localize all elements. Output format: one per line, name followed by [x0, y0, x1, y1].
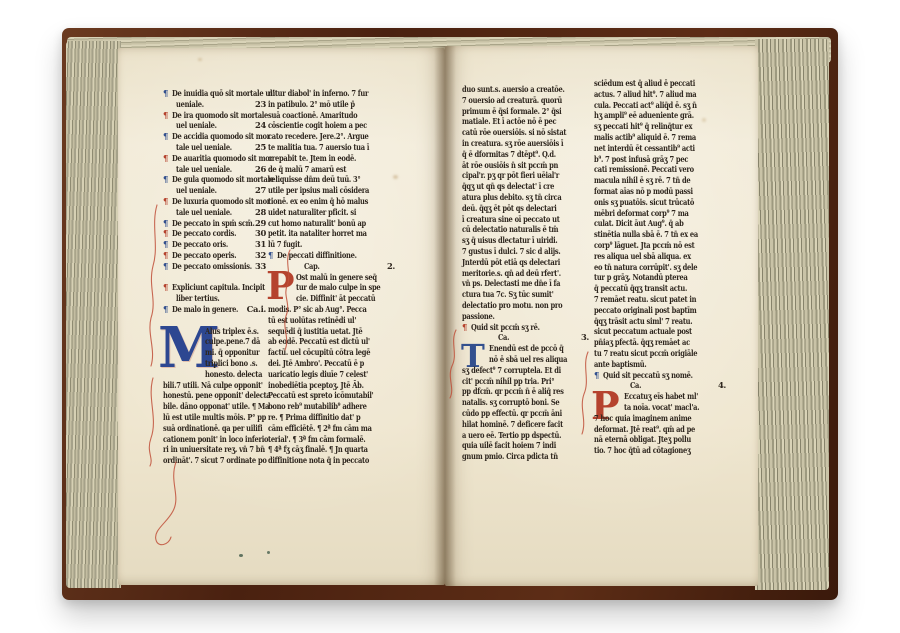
paraph-mark: ¶	[163, 304, 172, 315]
line-text: uidet naturaliter pficit. si	[268, 207, 356, 218]
paraph-mark: ¶	[163, 110, 172, 121]
line-text: inobediētia pceptoʒ. Jtē Āb.	[268, 380, 364, 391]
line-text: tale uel ueniale.	[176, 207, 232, 218]
right-page: T duo sunt.s. auersio a creatōe.7 ouersi…	[445, 46, 758, 586]
line-text: malis actib⁹ aliquid ē. 7 rema	[594, 132, 696, 143]
paraph-mark: ¶	[163, 228, 172, 239]
line-text: honestū. pene opponit' delecta	[163, 390, 270, 401]
text-line: ab eodē. Peccatū est dictū ul'	[268, 336, 396, 347]
line-text: sicut peccatum actuale post	[594, 326, 692, 337]
line-text: 7 hoc quia imaginem anime	[594, 413, 691, 424]
line-text: Ca.	[498, 332, 509, 343]
line-text: Quid sit peccatū sʒ nomē.	[603, 370, 693, 381]
right-column-2: P sciēdum est q̄ aliud ē peccatiactus. 7…	[594, 78, 727, 456]
text-line: nitur diabol' in inferno. 7 fur	[268, 88, 396, 99]
line-text: Alus triplex ē.s.	[205, 326, 259, 337]
line-text: modis. P° sic ab Aug°. Pecca	[268, 304, 367, 315]
line-text: reliquisse dn̄m deū tuū. 3°	[268, 174, 360, 185]
text-line: uaricatio legis diuīe 7 celest'	[268, 369, 396, 380]
line-text: utile per ipsius mali cōsidera	[268, 185, 369, 196]
line-text: meritorie.s. qn̄ ad deū rfert'.	[462, 268, 561, 279]
text-line: hʒ ampli⁹ eē adueniente grā.	[594, 110, 727, 121]
line-text: ¶ 4ª fʒ cāʒ finalē. ¶ Jn quarta	[268, 444, 368, 455]
line-text: de q̄ malū 7 amarū est	[268, 164, 346, 175]
line-text: passione.	[462, 311, 495, 322]
left-column-1: M ¶De inuidia quō sit mortale ul'ueniale…	[163, 88, 267, 466]
line-text: nō ē sbā uel res aliqua	[489, 354, 567, 365]
text-line: tū est uolūtas retinēdi ul'	[268, 315, 396, 326]
line-text: cut homo naturalit' bonū ap	[268, 218, 366, 229]
text-line: cationem ponit' in loco inferio	[163, 434, 267, 445]
foxing-stain	[198, 58, 202, 61]
line-text: deū. q̄qʒ ēt pōt qs delectari	[462, 203, 557, 214]
line-text: q̄qʒ ut qn̄ qs delectat' ī cre	[462, 181, 554, 192]
paraph-mark: ¶	[163, 282, 172, 293]
text-line: cū delectatio naturalis ē tm̄	[462, 224, 590, 235]
line-text: De auaritia quomodo sit mor	[172, 153, 273, 164]
line-text: b⁹. 7 post infusā grāʒ 7 pec	[594, 154, 688, 165]
line-text: a uero eē. Tertio pp dspectū.	[462, 430, 561, 441]
text-line: nō ē sbā uel res aliqua	[462, 354, 590, 365]
line-text: tio. 7 hoc q̄tū ad cōtagioneʒ	[594, 445, 691, 456]
line-text: lū 7 fugit.	[268, 239, 302, 250]
text-line: hilat hominē. 7 deficere facit	[462, 419, 590, 430]
line-text: stinētia nulla sbā ē. 7 tn̄ ex ea	[594, 229, 698, 240]
text-line: cie. Diffinit' āt peccatū	[268, 293, 396, 304]
text-line: ¶ 4ª fʒ cāʒ finalē. ¶ Jn quarta	[268, 444, 396, 455]
text-line: cām efficiētē. ¶ 2ª fm cām ma	[268, 423, 396, 434]
line-text: suā coactionē. Amaritudo	[268, 110, 357, 121]
text-line: culpe.pene.7 dā	[163, 336, 267, 347]
line-text: Enendū est de pccō q̄	[489, 343, 563, 354]
line-text: Eccatuʒ eīs habet ml'	[624, 391, 698, 402]
line-text: onis sʒ puatōis. sicut trūcatō	[594, 197, 694, 208]
line-text: cit' pccm̄ nihil pp tria. Pri°	[462, 376, 554, 387]
text-line: cipal'r. pʒ qr pōt fieri uēial'r	[462, 170, 590, 181]
text-line: passione.	[462, 311, 590, 322]
foxing-stain	[393, 175, 398, 179]
text-line: Jnterdū pōt etiā qs delectari	[462, 257, 590, 268]
text-line: tale uel ueniale.26	[163, 164, 267, 175]
line-text: cūdo pp effectū. qr pccm̄ āni	[462, 408, 562, 419]
line-text: cū delectatio naturalis ē tm̄	[462, 224, 558, 235]
chapter-number: 32	[255, 250, 266, 261]
line-text: quia uilē facit hoiem 7 indi	[462, 440, 556, 451]
left-page: M ¶De inuidia quō sit mortale ul'ueniale…	[118, 48, 445, 585]
text-line: Ost malū in genere seq̄	[268, 272, 396, 283]
line-text: tū est uolūtas retinēdi ul'	[268, 315, 356, 326]
text-line: tio. 7 hoc q̄tū ad cōtagioneʒ	[594, 445, 727, 456]
text-line: sequēdi q̄ iustitia uetat. Jtē	[268, 326, 396, 337]
text-line: q̄qʒ ut qn̄ qs delectat' ī cre	[462, 181, 590, 192]
line-text: sʒ defect⁹ 7 corruptela. Et di	[462, 365, 561, 376]
text-line: tur de malo culpe in spe	[268, 282, 396, 293]
line-text: De peccato omissionis.	[172, 261, 252, 272]
line-text: mēbri deformat corp⁹ 7 ma	[594, 208, 689, 219]
line-text: petit. ita nataliter horret ma	[268, 228, 367, 239]
paraph-mark: ¶	[268, 250, 277, 261]
text-line: ¶De ira quomodo sit mortale	[163, 110, 267, 121]
line-text: De peccato in spm̄ scm̄.	[172, 218, 255, 229]
line-text: Ost malū in genere seq̄	[296, 272, 377, 283]
text-line: pn̄iaʒ pfectā. q̄qʒ remāet ac	[594, 337, 727, 348]
text-line: delectatio pro motu. non pro	[462, 300, 590, 311]
line-text: tale uel ueniale.	[176, 142, 232, 153]
text-line: ta noīa. vocat' macl'a.	[594, 402, 727, 413]
chapter-number: 2.	[387, 261, 395, 272]
line-text: tale uel ueniale.	[176, 164, 232, 175]
text-line: duo sunt.s. auersio a creatōe.	[462, 84, 590, 95]
text-line: ¶De peccato operis.32	[163, 250, 267, 261]
line-text: dei. Jtē Ambro'. Peccatū ē p	[268, 358, 364, 369]
text-line: actus. 7 aliud hit⁹. 7 aliud ma	[594, 89, 727, 100]
line-text: peccato originali post baptīm	[594, 305, 696, 316]
paraph-mark: ¶	[163, 250, 172, 261]
text-line: deformat. Jtē reat⁹. qm̄ ad pe	[594, 424, 727, 435]
line-text: bono reb⁹ mutabilib⁹ adhere	[268, 401, 367, 412]
line-text: Peccatū est spreto icōmutabil'	[268, 390, 373, 401]
paraph-mark: ¶	[163, 218, 172, 229]
text-line: bile. dāno opponat' utile. ¶ Ma	[163, 401, 267, 412]
line-text: net interdū ēt cessantib⁹ acti	[594, 143, 695, 154]
text-line: cut homo naturalit' bonū ap	[268, 218, 396, 229]
text-line: cūdo pp effectū. qr pccm̄ āni	[462, 408, 590, 419]
text-line: atura plus debito. sʒ tn̄ circa	[462, 192, 590, 203]
text-line: in creatura. sʒ rōe auersiōis ī	[462, 138, 590, 149]
chapter-number: 26	[255, 164, 266, 175]
line-text: culat. Dicit āut Aug⁹. q̄ ab	[594, 218, 683, 229]
line-text: pn̄iaʒ pfectā. q̄qʒ remāet ac	[594, 337, 690, 348]
line-text: De peccati diffinitione.	[277, 250, 357, 261]
text-line: q̄qʒ trāsit actu siml' 7 reatu.	[594, 316, 727, 327]
text-line: cōscientie cogit hoiem a pec	[268, 120, 396, 131]
line-text: 7 remāet reatu. sicut patet in	[594, 294, 696, 305]
line-text: suā ordinationē. qa per uilifi	[163, 423, 262, 434]
text-line: tale uel ueniale.28	[163, 207, 267, 218]
line-text: res aliqua uel sbā aliqua. ex	[594, 251, 691, 262]
line-text: De peccato oris.	[172, 239, 228, 250]
paraph-mark: ¶	[462, 322, 471, 333]
text-line: ante baptismū.	[594, 359, 727, 370]
text-line: honestū. pene opponit' delecta	[163, 390, 267, 401]
fore-edge-right	[755, 39, 829, 590]
text-line: gnum pmio. Circa pdicta tn̄	[462, 451, 590, 462]
text-line: vn̄ ps. Delectasti me dn̄e ī fa	[462, 278, 590, 289]
text-line: āt rōe ousiōis n̄ sit pccm̄ pn	[462, 160, 590, 171]
text-line: ¶De peccato cordis.30	[163, 228, 267, 239]
text-line: tu 7 reatu sicut pccm̄ origiāle	[594, 348, 727, 359]
line-text: tionē. ex eo enim q̄ hō malus	[268, 196, 368, 207]
text-line: de q̄ malū 7 amarū est	[268, 164, 396, 175]
paraph-mark: ¶	[163, 261, 172, 272]
line-text: liber tertius.	[176, 293, 219, 304]
text-line: cati remissionē. Peccati vero	[594, 164, 727, 175]
chapter-number: 24	[255, 120, 266, 131]
text-line: res aliqua uel sbā aliqua. ex	[594, 251, 727, 262]
line-text: 7 gustus ī dulci. 7 sic d alijs.	[462, 246, 560, 257]
line-text: sequēdi q̄ iustitia uetat. Jtē	[268, 326, 362, 337]
text-line: dei. Jtē Ambro'. Peccatū ē p	[268, 358, 396, 369]
fore-edge-left	[66, 41, 121, 588]
text-line: ¶Quid sit pccm̄ sʒ rē.	[462, 322, 590, 333]
text-line: primum ē q̄si formale. 2° q̄si	[462, 106, 590, 117]
text-line: peccato originali post baptīm	[594, 305, 727, 316]
text-line: in patibulo. 2° mō utile p̄	[268, 99, 396, 110]
line-text: Cap.	[304, 261, 320, 272]
line-text: catū rōe ouersiōis. si nō sistat	[462, 127, 566, 138]
text-line: Ca.3.	[462, 332, 590, 343]
line-text: ueniale.	[176, 99, 204, 110]
text-line: ¶De auaritia quomodo sit mor	[163, 153, 267, 164]
foxing-stain	[520, 420, 525, 424]
text-line: sciēdum est q̄ aliud ē peccati	[594, 78, 727, 89]
text-line: crepabit te. Jtem in eodē.	[268, 153, 396, 164]
line-text: De inuidia quō sit mortale ul'	[172, 88, 274, 99]
text-line: quia uilē facit hoiem 7 indi	[462, 440, 590, 451]
line-text: Quid sit pccm̄ sʒ rē.	[471, 322, 540, 333]
line-text: in patibulo. 2° mō utile p̄	[268, 99, 355, 110]
line-text: De accidia quomodo sit mor	[172, 131, 270, 142]
text-line: modis. P° sic ab Aug°. Pecca	[268, 304, 396, 315]
paraph-mark: ¶	[163, 131, 172, 142]
text-line: Eccatuʒ eīs habet ml'	[594, 391, 727, 402]
text-line: b⁹. 7 post infusā grāʒ 7 pec	[594, 154, 727, 165]
text-line: culat. Dicit āut Aug⁹. q̄ ab	[594, 218, 727, 229]
line-text: crepabit te. Jtem in eodē.	[268, 153, 356, 164]
chapter-number: 27	[255, 185, 266, 196]
text-line: uel ueniale.27	[163, 185, 267, 196]
text-line: Peccatū est spreto icōmutabil'	[268, 390, 396, 401]
line-text: corp⁹ lāguet. Jta pccm̄ nō est	[594, 240, 694, 251]
paraph-mark: ¶	[163, 88, 172, 99]
line-text: natalis. sʒ corruptō boni. Se	[462, 397, 559, 408]
text-line: ī creatura sine oī peccato ut	[462, 214, 590, 225]
line-text: pp dfcm̄. qr pccm̄ n̄ ē aliq̄ res	[462, 386, 564, 397]
text-line: cato recedere. Jere.2°. Argue	[268, 131, 396, 142]
text-line: te malitia tua. 7 auersio tua ī	[268, 142, 396, 153]
text-line: mi. q̄ opponitur	[163, 347, 267, 358]
text-line: suā coactionē. Amaritudo	[268, 110, 396, 121]
text-line: ¶De peccati diffinitione.	[268, 250, 396, 261]
chapter-number: Ca.i.	[247, 304, 266, 315]
text-line: petit. ita nataliter horret ma	[268, 228, 396, 239]
text-line	[163, 315, 267, 326]
text-line: net interdū ēt cessantib⁹ acti	[594, 143, 727, 154]
text-line: ¶De peccato omissionis.33	[163, 261, 267, 272]
line-text: atura plus debito. sʒ tn̄ circa	[462, 192, 561, 203]
text-line: sʒ peccati hit⁹ q̄ relinq̄tur ex	[594, 121, 727, 132]
line-text: 7 ouersio ad creaturā. quorū	[462, 95, 562, 106]
line-text: cōscientie cogit hoiem a pec	[268, 120, 367, 131]
text-line: tur p grāʒ. Notandū pterea	[594, 272, 727, 283]
line-text: q̄ ē dformitas 7 dtēpt⁹. Q.d.	[462, 149, 556, 160]
text-line: suā ordinationē. qa per uilifi	[163, 423, 267, 434]
line-text: ta noīa. vocat' macl'a.	[624, 402, 699, 413]
line-text: ab eodē. Peccatū est dictū ul'	[268, 336, 370, 347]
line-text: nā eternā obligat. Jteʒ pollu	[594, 434, 691, 445]
text-line: 7 hoc quia imaginem anime	[594, 413, 727, 424]
text-line: ueniale.23	[163, 99, 267, 110]
ink-speck	[239, 554, 243, 557]
line-text: gnum pmio. Circa pdicta tn̄	[462, 451, 558, 462]
line-text: cām efficiētē. ¶ 2ª fm cām ma	[268, 423, 372, 434]
left-column-2: P nitur diabol' in inferno. 7 furin pati…	[268, 88, 396, 466]
chapter-number: 23	[255, 99, 266, 110]
text-line: sicut peccatum actuale post	[594, 326, 727, 337]
text-line: terial'. ¶ 3ª fm cām formalē.	[268, 434, 396, 445]
line-text: bile. dāno opponat' utile. ¶ Ma	[163, 401, 269, 412]
text-line: ¶De peccato oris.31	[163, 239, 267, 250]
chapter-number: 28	[255, 207, 266, 218]
line-text: Jnterdū pōt etiā qs delectari	[462, 257, 560, 268]
line-text: diffinitione nota q̄ in peccato	[268, 455, 369, 466]
text-line: inobediētia pceptoʒ. Jtē Āb.	[268, 380, 396, 391]
text-line: bili.7 utili. Nā culpe opponit'	[163, 380, 267, 391]
text-line: diffinitione nota q̄ in peccato	[268, 455, 396, 466]
line-text: hʒ ampli⁹ eē adueniente grā.	[594, 110, 694, 121]
text-line: lū est utile multis mōis. P° pp	[163, 412, 267, 423]
text-line: a uero eē. Tertio pp dspectū.	[462, 430, 590, 441]
line-text: mi. q̄ opponitur	[205, 347, 259, 358]
text-line: liber tertius.	[163, 293, 267, 304]
line-text: bili.7 utili. Nā culpe opponit'	[163, 380, 263, 391]
line-text: re. ¶ Prima diffinitio dat' p	[268, 412, 360, 423]
paraph-mark: ¶	[163, 174, 172, 185]
chapter-number: 31	[255, 239, 266, 250]
line-text: De luxuria quomodo sit mor	[172, 196, 270, 207]
line-text: actus. 7 aliud hit⁹. 7 aliud ma	[594, 89, 696, 100]
paraph-mark: ¶	[594, 370, 603, 381]
line-text: Expliciunt capitula. Incipit	[172, 282, 265, 293]
chapter-number: 3.	[581, 332, 589, 343]
line-text: cipal'r. pʒ qr pōt fieri uēial'r	[462, 170, 559, 181]
line-text: De gula quomodo sit mortale	[172, 174, 274, 185]
line-text: uel ueniale.	[176, 185, 217, 196]
text-line: corp⁹ lāguet. Jta pccm̄ nō est	[594, 240, 727, 251]
line-text: cula. Peccati act⁹ aliq̄d ē. sʒ n̄	[594, 100, 697, 111]
text-line: 7 gustus ī dulci. 7 sic d alijs.	[462, 246, 590, 257]
line-text: De peccato operis.	[172, 250, 236, 261]
text-line: nā eternā obligat. Jteʒ pollu	[594, 434, 727, 445]
book-gutter	[434, 46, 456, 586]
text-line: eo tn̄ natura corrūpit'. sʒ dele	[594, 262, 727, 273]
line-text: deformat. Jtē reat⁹. qm̄ ad pe	[594, 424, 695, 435]
open-book: M ¶De inuidia quō sit mortale ul'ueniale…	[62, 28, 838, 600]
chapter-number: 29	[255, 218, 266, 229]
line-text: ī creatura sine oī peccato ut	[462, 214, 560, 225]
line-text: te malitia tua. 7 auersio tua ī	[268, 142, 369, 153]
line-text: nitur diabol' in inferno. 7 fur	[268, 88, 368, 99]
text-line: q̄ ē dformitas 7 dtēpt⁹. Q.d.	[462, 149, 590, 160]
text-line: ¶De luxuria quomodo sit mor	[163, 196, 267, 207]
text-line: catū rōe ouersiōis. si nō sistat	[462, 127, 590, 138]
line-text: De peccato cordis.	[172, 228, 236, 239]
text-line	[163, 272, 267, 283]
line-text: uel ueniale.	[176, 120, 217, 131]
text-line: onis sʒ puatōis. sicut trūcatō	[594, 197, 727, 208]
line-text: Ca.	[630, 380, 641, 391]
line-text: vn̄ ps. Delectasti me dn̄e ī fa	[462, 278, 560, 289]
line-text: eo tn̄ natura corrūpit'. sʒ dele	[594, 262, 697, 273]
line-text: tur p grāʒ. Notandū pterea	[594, 272, 688, 283]
text-line: natalis. sʒ corruptō boni. Se	[462, 397, 590, 408]
line-text: cationem ponit' in loco inferio	[163, 434, 268, 445]
ink-speck	[267, 551, 270, 554]
text-line: ¶De gula quomodo sit mortale	[163, 174, 267, 185]
text-line: Enendū est de pccō q̄	[462, 343, 590, 354]
line-text: factū. uel cōcupitū cōtra legē	[268, 347, 370, 358]
text-line: 7 remāet reatu. sicut patet in	[594, 294, 727, 305]
line-text: in creatura. sʒ rōe auersiōis ī	[462, 138, 563, 149]
text-line: honesto. delecta	[163, 369, 267, 380]
text-line: macula nihil ē sʒ rē. 7 tn̄ de	[594, 175, 727, 186]
text-line: Alus triplex ē.s.	[163, 326, 267, 337]
text-line: ¶Quid sit peccatū sʒ nomē.	[594, 370, 727, 381]
text-line: mēbri deformat corp⁹ 7 ma	[594, 208, 727, 219]
text-line: cit' pccm̄ nihil pp tria. Pri°	[462, 376, 590, 387]
text-line: tale uel ueniale.25	[163, 142, 267, 153]
chapter-number: 33	[255, 261, 266, 272]
text-line: ¶Expliciunt capitula. Incipit	[163, 282, 267, 293]
paraph-mark: ¶	[163, 239, 172, 250]
line-text: ante baptismū.	[594, 359, 646, 370]
line-text: lū est utile multis mōis. P° pp	[163, 412, 266, 423]
text-line: matiale. Et ī actōe nō ē pec	[462, 116, 590, 127]
text-line: pp dfcm̄. qr pccm̄ n̄ ē aliq̄ res	[462, 386, 590, 397]
line-text: culpe.pene.7 dā	[205, 336, 260, 347]
text-line: sʒ q̄ uisus dlectatur ī uiridi.	[462, 235, 590, 246]
text-line: 7 ouersio ad creaturā. quorū	[462, 95, 590, 106]
text-line: malis actib⁹ aliquid ē. 7 rema	[594, 132, 727, 143]
line-text: sciēdum est q̄ aliud ē peccati	[594, 78, 695, 89]
text-line: format aīas nō p modū passi	[594, 186, 727, 197]
text-line: ri in uniuersitate reʒ. vn̄ 7 bn̄	[163, 444, 267, 455]
text-line: q̄ peccatū q̄qʒ transit actu.	[594, 283, 727, 294]
line-text: primum ē q̄si formale. 2° q̄si	[462, 106, 561, 117]
line-text: triplici bono .s.	[205, 358, 257, 369]
text-line: meritorie.s. qn̄ ad deū rfert'.	[462, 268, 590, 279]
line-text: delectatio pro motu. non pro	[462, 300, 562, 311]
text-line: uel ueniale.24	[163, 120, 267, 131]
line-text: sʒ peccati hit⁹ q̄ relinq̄tur ex	[594, 121, 692, 132]
text-line: sʒ defect⁹ 7 corruptela. Et di	[462, 365, 590, 376]
line-text: duo sunt.s. auersio a creatōe.	[462, 84, 565, 95]
line-text: q̄qʒ trāsit actu siml' 7 reatu.	[594, 316, 692, 327]
text-line: stinētia nulla sbā ē. 7 tn̄ ex ea	[594, 229, 727, 240]
line-text: tu 7 reatu sicut pccm̄ origiāle	[594, 348, 697, 359]
line-text: format aīas nō p modū passi	[594, 186, 693, 197]
line-text: macula nihil ē sʒ rē. 7 tn̄ de	[594, 175, 690, 186]
text-line: uidet naturaliter pficit. si	[268, 207, 396, 218]
line-text: matiale. Et ī actōe nō ē pec	[462, 116, 556, 127]
line-text: ordināt'. 7 sicut 7 ordinate po	[163, 455, 267, 466]
line-text: hilat hominē. 7 deficere facit	[462, 419, 563, 430]
chapter-number: 30	[255, 228, 266, 239]
line-text: tur de malo culpe in spe	[296, 282, 380, 293]
text-line: tionē. ex eo enim q̄ hō malus	[268, 196, 396, 207]
line-text: De ira quomodo sit mortale	[172, 110, 268, 121]
line-text: cato recedere. Jere.2°. Argue	[268, 131, 369, 142]
right-column-1: T duo sunt.s. auersio a creatōe.7 ouersi…	[462, 84, 590, 462]
text-line: triplici bono .s.	[163, 358, 267, 369]
line-text: cie. Diffinit' āt peccatū	[296, 293, 375, 304]
chapter-number: 25	[255, 142, 266, 153]
paraph-mark: ¶	[163, 153, 172, 164]
text-line: ¶De accidia quomodo sit mor	[163, 131, 267, 142]
text-line: ¶De peccato in spm̄ scm̄.29	[163, 218, 267, 229]
text-line: cula. Peccati act⁹ aliq̄d ē. sʒ n̄	[594, 100, 727, 111]
line-text: āt rōe ousiōis n̄ sit pccm̄ pn	[462, 160, 558, 171]
